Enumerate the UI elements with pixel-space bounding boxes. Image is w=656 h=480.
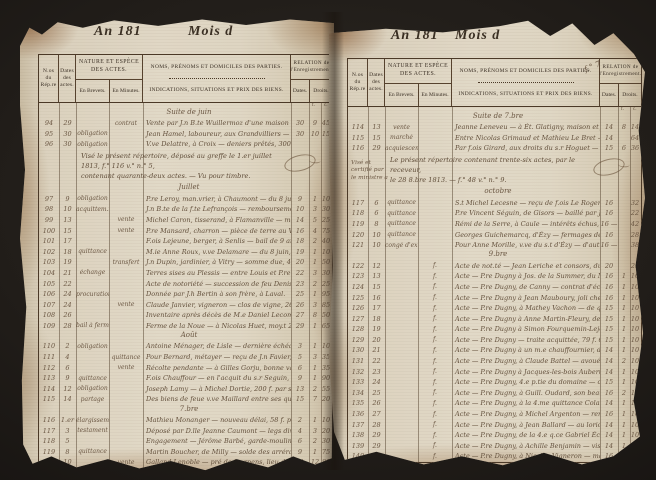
cell-en-brevets: quittance xyxy=(76,248,109,255)
cell-numero: 114 xyxy=(39,385,59,393)
cell-date-enregistrement: 20 xyxy=(291,258,309,266)
cell-droits-centimes: 10 xyxy=(630,272,640,280)
cell-en-brevets: acquiescem.t xyxy=(385,145,418,152)
cell-en-brevets: quittance xyxy=(76,448,109,455)
cell-date-acte: 30 xyxy=(368,452,385,460)
cell-numero: 128 xyxy=(348,325,368,333)
cell-parties-description: Pour Bernard, métayer — reçu de J.n Favi… xyxy=(143,353,291,361)
register-entry-row: 1198quittanceMartin Boucher, de Milly — … xyxy=(39,447,332,458)
nature-group-label: NATURE ET ESPÈCEDES ACTES. xyxy=(76,55,142,80)
cell-numero: 109 xyxy=(39,322,59,330)
cell-droits-centimes: 10 xyxy=(630,399,640,407)
cell-droits-francs: 1 xyxy=(309,195,321,203)
cell-droits-centimes: 32 xyxy=(630,199,640,207)
cell-date-acte: 15 xyxy=(59,227,76,235)
cell-date-acte: 10 xyxy=(59,458,76,466)
cell-date-acte: 12 xyxy=(59,385,76,393)
nature-group-label: NATURE ET ESPÈCEDES ACTES. xyxy=(385,59,451,84)
cell-droits-francs: 1 xyxy=(618,431,630,439)
cell-date-enregistrement: 10 xyxy=(291,205,309,213)
register-entry-row: 10015venteP.re Mansard, charron — pièce … xyxy=(39,225,332,236)
cell-parties-description: J.n B.te de la f.te Lefrançois — rembour… xyxy=(143,205,291,213)
cell-parties-description: Joseph Lamy — à Michel Dortie, 200 f. pa… xyxy=(143,385,291,393)
cell-numero: 117 xyxy=(348,199,368,207)
cell-droits-centimes: 55 xyxy=(321,385,331,393)
cell-numero: 103 xyxy=(39,258,59,266)
section-month-heading: Août xyxy=(39,331,279,341)
cell-droits-francs: 1 xyxy=(309,342,321,350)
cell-numero: 95 xyxy=(39,130,59,138)
register-entry-row: 1185Engagement — Jérôme Barbé, garde-mou… xyxy=(39,436,332,447)
cell-droits-centimes: 25 xyxy=(321,280,331,288)
cell-en-minutes: transfert xyxy=(109,259,143,266)
cell-parties-description: Acte — P.re Dugny, à Guill. Oudard, son … xyxy=(452,389,600,397)
cell-en-minutes: f. xyxy=(418,368,452,375)
cell-droits-centimes: 10 xyxy=(630,283,640,291)
cell-droits-francs: 1 xyxy=(309,448,321,456)
cell-date-acte: 22 xyxy=(368,357,385,365)
cell-droits-francs: 3 xyxy=(309,353,321,361)
col-header-rel-droits: Droits. xyxy=(310,80,332,102)
cell-date-acte: 16 xyxy=(368,294,385,302)
cell-droits-francs: 1 xyxy=(618,325,630,333)
cell-date-enregistrement: 16 xyxy=(600,209,618,217)
cell-date-acte: 15 xyxy=(368,134,385,142)
cell-droits-centimes: 64 xyxy=(630,134,640,142)
cell-droits-centimes: 90 xyxy=(321,374,331,382)
cell-numero: 112 xyxy=(39,364,59,372)
cell-en-minutes: f. xyxy=(418,379,452,386)
cell-numero: 140 xyxy=(348,452,368,460)
cell-droits-francs: 3 xyxy=(309,269,321,277)
cell-numero: 116 xyxy=(348,144,368,152)
cell-en-minutes: f. xyxy=(418,305,452,312)
cell-date-acte: 19 xyxy=(368,325,385,333)
cell-date-enregistrement: 15 xyxy=(600,304,618,312)
cell-droits-francs: 1 xyxy=(309,258,321,266)
cell-parties-description: Engagement — Jérôme Barbé, garde-moulin,… xyxy=(143,437,291,445)
cell-parties-description: Galland Lenoble — pré de 2 arpens, lieu-… xyxy=(143,458,291,466)
cell-numero: 114 xyxy=(348,123,368,131)
cell-droits-francs: 1 xyxy=(309,290,321,298)
cell-date-acte: 23 xyxy=(368,368,385,376)
cell-numero: 129 xyxy=(348,336,368,344)
section-month-heading: 7.bre xyxy=(39,405,279,415)
cell-date-enregistrement: 16 xyxy=(600,231,618,239)
cell-droits-centimes: 10 xyxy=(321,416,331,424)
cell-parties-description: Acte — P.re Dugny — traite acquittée, 79… xyxy=(452,336,600,344)
register-entry-row: 12617f.Acte — P.re Dugny, à Mathey Vacho… xyxy=(348,303,641,314)
cell-date-acte: 24 xyxy=(368,378,385,386)
cell-en-brevets: quittance xyxy=(385,199,418,206)
register-entry-row: 12110congé d'ex.Pour Anne Morille, v.ve … xyxy=(348,240,641,251)
register-entry-row: 13021f.Acte — P.re Dugny à un m.e chauff… xyxy=(348,345,641,356)
cell-droits-centimes: 10 xyxy=(630,304,640,312)
cell-date-enregistrement: 16 xyxy=(600,272,618,280)
cell-date-enregistrement: 15 xyxy=(600,144,618,152)
droits-centimes-label: c. xyxy=(324,103,327,108)
cell-en-minutes: vente xyxy=(109,301,143,308)
cell-date-acte: 10 xyxy=(59,205,76,213)
cell-droits-francs: 1 xyxy=(618,304,630,312)
cell-date-acte: 18 xyxy=(368,315,385,323)
cell-parties-description: P.re Leroy, man.vrier, à Chaumont — du 8… xyxy=(143,195,291,203)
cell-en-minutes: f. xyxy=(418,347,452,354)
wavy-divider xyxy=(478,82,574,83)
parties-label: NOMS, PRÉNOMS ET DOMICILES DES PARTIES. xyxy=(454,68,597,75)
cell-numero: 106 xyxy=(39,290,59,298)
cell-en-brevets: acquittem.t xyxy=(76,206,109,213)
paraph-flourish xyxy=(283,151,318,174)
col-header-parties: NOMS, PRÉNOMS ET DOMICILES DES PARTIES. … xyxy=(452,59,600,106)
cell-date-acte: 17 xyxy=(368,304,385,312)
cell-date-acte: 12 xyxy=(368,262,385,270)
register-entry-row: 12010venteGalland Lenoble — pré de 2 arp… xyxy=(39,457,332,468)
cell-date-acte: 21 xyxy=(59,269,76,277)
cell-en-minutes: f. xyxy=(418,315,452,322)
cell-date-acte: 29 xyxy=(368,442,385,450)
cell-droits-francs: 8 xyxy=(618,123,630,131)
cell-en-minutes: f. xyxy=(418,283,452,290)
cell-date-acte: 8 xyxy=(59,448,76,456)
cell-parties-description: Acte — P.re Dugny, de Canny — contrat d'… xyxy=(452,283,600,291)
cell-numero: 101 xyxy=(39,237,59,245)
cell-numero: 137 xyxy=(348,421,368,429)
cell-date-acte: 29 xyxy=(59,119,76,127)
cell-en-minutes: f. xyxy=(418,411,452,418)
register-entry-row: 10724venteClaude Janvier, vigneron — clo… xyxy=(39,299,332,310)
register-table-left: N.os du Rép.re Dates des actes. NATURE E… xyxy=(38,54,333,479)
col-header-rel-droits: Droits. xyxy=(619,84,641,106)
cell-droits-francs: 1 xyxy=(618,336,630,344)
table-body: f. c. Suite de juin9429contratVente par … xyxy=(39,103,332,478)
cell-date-acte: 4 xyxy=(59,353,76,361)
cell-droits-centimes: 30 xyxy=(321,437,331,445)
cell-droits-centimes: 10 xyxy=(630,368,640,376)
cell-date-enregistrement: 15 xyxy=(600,336,618,344)
cell-droits-francs: 4 xyxy=(309,227,321,235)
cell-date-enregistrement: 25 xyxy=(291,290,309,298)
cell-parties-description: Claude Janvier, vigneron — clos de vigne… xyxy=(143,301,291,309)
cell-numero: 121 xyxy=(39,469,59,477)
col-header-minutes: En Minutes. xyxy=(419,84,451,106)
cell-numero: 102 xyxy=(39,248,59,256)
cell-en-minutes: f. xyxy=(418,326,452,333)
cell-date-enregistrement: 6 xyxy=(291,364,309,372)
cell-date-enregistrement: 16 xyxy=(600,294,618,302)
register-entry-row: 13223f.Acte — P.re Dugny à Jacques-les-b… xyxy=(348,366,641,377)
cell-parties-description: Acte de notoriété — succession de feu De… xyxy=(143,280,291,288)
table-body: f. c. Suite de 7.bre11413venteJeanne Len… xyxy=(348,107,641,462)
cell-numero: 134 xyxy=(348,389,368,397)
cell-en-brevets: obligation xyxy=(76,385,109,392)
register-entry-row: 979obligationP.re Leroy, man.vrier, à Ch… xyxy=(39,193,332,204)
cell-droits-francs: 1 xyxy=(309,322,321,330)
visa-attestation: Visé et certifié par le ministre aLe pré… xyxy=(348,156,641,186)
cell-numero: 110 xyxy=(39,342,59,350)
cell-droits-francs: 1 xyxy=(618,346,630,354)
cell-droits-francs: 1 xyxy=(618,399,630,407)
register-entry-row: 10624procurationDonnée par J.h Bertin à … xyxy=(39,289,332,300)
cell-droits-centimes: 10 xyxy=(630,378,640,386)
cell-numero: 131 xyxy=(348,357,368,365)
cell-date-acte: 2 xyxy=(59,342,76,350)
register-entry-row: 12920f.Acte — P.re Dugny — traite acquit… xyxy=(348,335,641,346)
cell-date-enregistrement: 14 xyxy=(600,421,618,429)
cell-droits-centimes: 60 xyxy=(321,469,331,477)
cell-date-enregistrement: 14 xyxy=(291,216,309,224)
cell-numero: 107 xyxy=(39,301,59,309)
register-entry-row: 10928bail à fermeFerme de la Noue — à Ni… xyxy=(39,321,332,332)
cell-parties-description: Par f.ois Girard, aux droits du s.r Hogu… xyxy=(452,144,600,152)
cell-droits-centimes: 75 xyxy=(321,227,331,235)
cell-droits-francs: 1 xyxy=(309,364,321,372)
section-month-heading: Suite de 7.bre xyxy=(348,112,588,122)
register-entry-row: 10117F.ois Lejeune, berger, à Senlis — b… xyxy=(39,236,332,247)
cell-droits-francs: 10 xyxy=(309,130,321,138)
cell-numero: 139 xyxy=(348,442,368,450)
cell-date-enregistrement: 14 xyxy=(600,134,618,142)
section-month-heading: Juillet xyxy=(39,183,279,193)
cell-date-acte: 21 xyxy=(368,346,385,354)
cell-date-enregistrement: 26 xyxy=(291,301,309,309)
cell-en-brevets: marché xyxy=(385,134,418,141)
cell-parties-description: F.ois Lejeune, berger, à Senlis — bail d… xyxy=(143,237,291,245)
cell-date-enregistrement: 9 xyxy=(291,374,309,382)
cell-numero: 116 xyxy=(39,416,59,424)
cell-date-enregistrement: 16 xyxy=(600,389,618,397)
cell-droits-francs: 1 xyxy=(618,378,630,386)
col-header-numero: N.os du Rép.re xyxy=(39,55,59,102)
cell-date-acte: 5 xyxy=(59,437,76,445)
register-entry-row: 11515marchéEntre Nicolas Grimaud et Math… xyxy=(348,133,641,144)
cell-droits-centimes: 10 xyxy=(321,248,331,256)
cell-en-minutes: vente xyxy=(109,459,143,466)
cell-numero: 126 xyxy=(348,304,368,312)
cell-date-acte: 13 xyxy=(368,123,385,131)
page-title-right: An 181 Mois d xyxy=(329,28,645,48)
cell-parties-description: Entre Nicolas Grimaud et Mathieu Le Bret… xyxy=(452,134,600,142)
cell-droits-centimes: 25 xyxy=(321,216,331,224)
cell-en-brevets: quittance xyxy=(76,375,109,382)
attestation-text: Visé le présent répertoire, déposé au gr… xyxy=(81,152,286,182)
cell-droits-francs: 1 xyxy=(618,272,630,280)
cell-numero: 123 xyxy=(348,272,368,280)
register-entry-row: 10826Inventaire après décès de M.e Danie… xyxy=(39,310,332,321)
cell-parties-description: Acte — P.re Dugny à Jean Mauboury, joli … xyxy=(452,294,600,302)
cell-date-enregistrement: 9 xyxy=(291,195,309,203)
cell-numero: 98 xyxy=(39,205,59,213)
cell-en-minutes: f. xyxy=(418,358,452,365)
cell-en-minutes: f. xyxy=(418,273,452,280)
cell-numero: 115 xyxy=(348,134,368,142)
cell-droits-centimes: 30 xyxy=(321,205,331,213)
table-header: N.os du Rép.re Dates des actes. NATURE E… xyxy=(348,59,641,107)
cell-date-enregistrement: 30 xyxy=(291,119,309,127)
cell-en-minutes: vente xyxy=(109,227,143,234)
col-header-minutes: En Minutes. xyxy=(110,80,142,102)
cell-droits-francs: 7 xyxy=(309,395,321,403)
register-entry-row: 11629acquiescem.tPar f.ois Girard, aux d… xyxy=(348,143,641,154)
pencil-folio-note: 22 xyxy=(11,144,18,152)
register-entry-row: 1161.erélargissem.tMathieu Monanger — no… xyxy=(39,415,332,426)
month-label: Mois d xyxy=(455,28,500,44)
register-entry-row: 10218quittanceM.ie Anne Roux, v.ve Delam… xyxy=(39,246,332,257)
register-entry-row: 1173testamentDéposé par D.lle Jeanne Cau… xyxy=(39,425,332,436)
cell-droits-centimes: 20 xyxy=(321,427,331,435)
register-entry-row: 13929f.Acte — P.re Dugny, à Achille Benj… xyxy=(348,441,641,452)
cell-date-enregistrement: 6 xyxy=(291,437,309,445)
cell-numero: 100 xyxy=(39,227,59,235)
col-group-nature: NATURE ET ESPÈCEDES ACTES. En Brevets. E… xyxy=(76,55,143,102)
cell-numero: 120 xyxy=(39,458,59,466)
cell-parties-description: Acte — P.re Dugny à Simon Fourquemin-Lej… xyxy=(452,325,600,333)
cell-numero: 135 xyxy=(348,399,368,407)
cell-parties-description: Martin Boucher, de Milly — solde des arr… xyxy=(143,448,291,456)
cell-droits-centimes: 65 xyxy=(321,322,331,330)
cell-date-enregistrement: 5 xyxy=(291,353,309,361)
cell-droits-centimes: 42 xyxy=(630,220,640,228)
cell-droits-centimes: 14 xyxy=(630,123,640,131)
cell-en-minutes: f. xyxy=(418,400,452,407)
cell-date-enregistrement: 16 xyxy=(600,452,618,460)
cell-numero: 118 xyxy=(348,209,368,217)
cell-droits-centimes: 22 xyxy=(630,209,640,217)
cell-en-minutes: f. xyxy=(418,336,452,343)
cell-date-enregistrement: 22 xyxy=(291,269,309,277)
register-entry-row: 13829f.Acte — P.re Dugny, de la 4.e q.ce… xyxy=(348,430,641,441)
year-label: An 181 xyxy=(391,28,439,44)
cell-droits-centimes: 28 xyxy=(630,231,640,239)
cell-parties-description: P.re Mansard, charron — pièce de terre a… xyxy=(143,227,291,235)
cell-droits-centimes: 85 xyxy=(321,301,331,309)
col-group-relation: RELATION de l'Enregistrement. Dates. Dro… xyxy=(600,59,641,106)
cell-date-acte: 29 xyxy=(368,144,385,152)
cell-parties-description: Georges Guichemarcq, d'Ézy — fermages de… xyxy=(452,231,600,239)
cell-droits-centimes: 10 xyxy=(630,431,640,439)
cell-droits-francs: 1 xyxy=(309,374,321,382)
cell-parties-description: M.ie Anne Roux, v.ve Delamare — du 8 jui… xyxy=(143,248,291,256)
cell-droits-centimes: 10 xyxy=(630,336,640,344)
cell-parties-description: Acte — P.re Dugny, à Claude Battel — avo… xyxy=(452,357,600,365)
cell-droits-francs: 3 xyxy=(309,205,321,213)
cell-date-acte: 24 xyxy=(59,301,76,309)
cell-numero: 117 xyxy=(39,427,59,435)
cell-parties-description: Récolte pendante — à Gilles Gorju, bonne… xyxy=(143,364,291,372)
cell-parties-description: Mathieu Monanger — nouveau délai, 58 f. … xyxy=(143,416,291,424)
cell-numero: 104 xyxy=(39,269,59,277)
cell-date-enregistrement: 16 xyxy=(600,410,618,418)
cell-date-enregistrement: 16 — xyxy=(600,241,618,249)
cell-droits-francs: 9 xyxy=(309,119,321,127)
cell-droits-francs: 2 xyxy=(618,357,630,365)
register-table-right: N.os du Rép.re Dates des actes. NATURE E… xyxy=(347,58,642,463)
cell-date-acte: 13 xyxy=(59,216,76,224)
cell-date-acte: 30 xyxy=(59,140,76,148)
cell-droits-centimes: 36 xyxy=(630,144,640,152)
cell-date-acte: 15 xyxy=(368,283,385,291)
col-group-relation: RELATION de l'Enregistrement. Dates. Dro… xyxy=(291,55,332,102)
cell-droits-francs: 1 xyxy=(618,294,630,302)
cell-date-acte: 29 xyxy=(368,431,385,439)
register-entry-row: 13425f.Acte — P.re Dugny, à Guill. Oudar… xyxy=(348,388,641,399)
cell-date-acte: 25 xyxy=(368,389,385,397)
register-entry-row: 1126venteRécolte pendante — à Gilles Gor… xyxy=(39,362,332,373)
cell-date-enregistrement: 14 xyxy=(600,346,618,354)
cell-droits-centimes: 75 xyxy=(321,448,331,456)
cell-date-enregistrement: 15 xyxy=(600,378,618,386)
cell-en-minutes: vente xyxy=(109,364,143,371)
cell-date-acte: 10 xyxy=(368,231,385,239)
cell-date-enregistrement: 29 xyxy=(291,322,309,330)
cell-parties-description: Antoine Ménager, de Lisle — dernière éch… xyxy=(143,342,291,350)
register-entry-row: 12313f.Acte — P.re Dugny à Jos. de la Su… xyxy=(348,271,641,282)
attestation-side-note: Visé et certifié par le ministre a xyxy=(351,160,389,183)
cell-en-minutes: f. xyxy=(418,432,452,439)
cell-date-enregistrement: 15 xyxy=(291,395,309,403)
col-header-rel-dates: Dates. xyxy=(291,80,310,102)
cell-en-brevets: congé d'ex. xyxy=(385,242,418,249)
cell-parties-description: Michel Caron, tisserand, à Flamanville —… xyxy=(143,216,291,224)
cell-en-minutes: f. xyxy=(418,453,452,460)
cell-numero: 113 xyxy=(39,374,59,382)
cell-droits-centimes: 95 xyxy=(321,290,331,298)
cell-parties-description: Donnée par J.h Bertin à son frère, à Lav… xyxy=(143,290,291,298)
cell-droits-centimes: 10 xyxy=(630,325,640,333)
cell-parties-description: Acte — P.re Dugny, 4.e p.tie du domaine … xyxy=(452,378,600,386)
cell-droits-francs: 1 xyxy=(618,368,630,376)
cell-date-acte: 30 xyxy=(59,130,76,138)
cell-date-enregistrement: 11 xyxy=(291,458,309,466)
register-entry-row: 12010quittanceGeorges Guichemarcq, d'Ézy… xyxy=(348,229,641,240)
register-left-page: 22 An 181 Mois d N.os du Rép.re Dates de… xyxy=(20,14,334,472)
cell-droits-francs: 1 xyxy=(309,469,321,477)
cell-droits-centimes: 30 xyxy=(321,269,331,277)
cell-numero: 118 xyxy=(39,437,59,445)
register-entry-row: 9913venteMichel Caron, tisserand, à Flam… xyxy=(39,215,332,226)
cell-date-enregistrement: 14 xyxy=(600,442,618,450)
wavy-divider xyxy=(169,78,265,79)
register-entry-row: 1114quittancePour Bernard, métayer — reç… xyxy=(39,352,332,363)
cell-droits-centimes: 50 xyxy=(321,311,331,319)
cell-date-enregistrement: 27 xyxy=(291,311,309,319)
year-label: An 181 xyxy=(94,24,142,40)
cell-parties-description: J.n Dupin, jardinier, à Vitry — somme du… xyxy=(143,258,291,266)
cell-date-enregistrement: 9 xyxy=(291,448,309,456)
cell-parties-description: Acte — P.re Dugny à Anne Martin-Fleury, … xyxy=(452,315,600,323)
cell-droits-francs: 2 xyxy=(309,437,321,445)
cell-date-acte: 13 xyxy=(59,469,76,477)
register-entry-row: 1102obligationAntoine Ménager, de Lisle … xyxy=(39,341,332,352)
cell-droits-francs: 3 xyxy=(309,301,321,309)
cell-en-minutes: quittance xyxy=(109,354,143,361)
col-header-dates-actes: Dates des actes. xyxy=(59,55,76,102)
col-header-brevets: En Brevets. xyxy=(76,80,110,102)
cell-en-minutes: vente xyxy=(109,216,143,223)
cell-parties-description: Jean Hamel, laboureur, aux Grandvilliers… xyxy=(143,130,291,138)
register-entry-row: 1176quittanceS.t Michel Lecesne — reçu d… xyxy=(348,197,641,208)
register-entry-row: 13627f.Acte — P.re Dugny, à Michel Argen… xyxy=(348,409,641,420)
cell-date-enregistrement: 16 xyxy=(600,283,618,291)
cell-numero: 96 xyxy=(39,140,59,148)
cell-numero: 108 xyxy=(39,311,59,319)
cell-en-brevets: bail à ferme xyxy=(76,322,109,329)
cell-droits-centimes: 50 xyxy=(321,258,331,266)
cell-date-enregistrement: 14 xyxy=(600,357,618,365)
cell-date-enregistrement: 20 xyxy=(600,262,618,270)
col-group-nature: NATURE ET ESPÈCEDES ACTES. En Brevets. E… xyxy=(385,59,452,106)
cell-droits-francs: 3 xyxy=(309,427,321,435)
